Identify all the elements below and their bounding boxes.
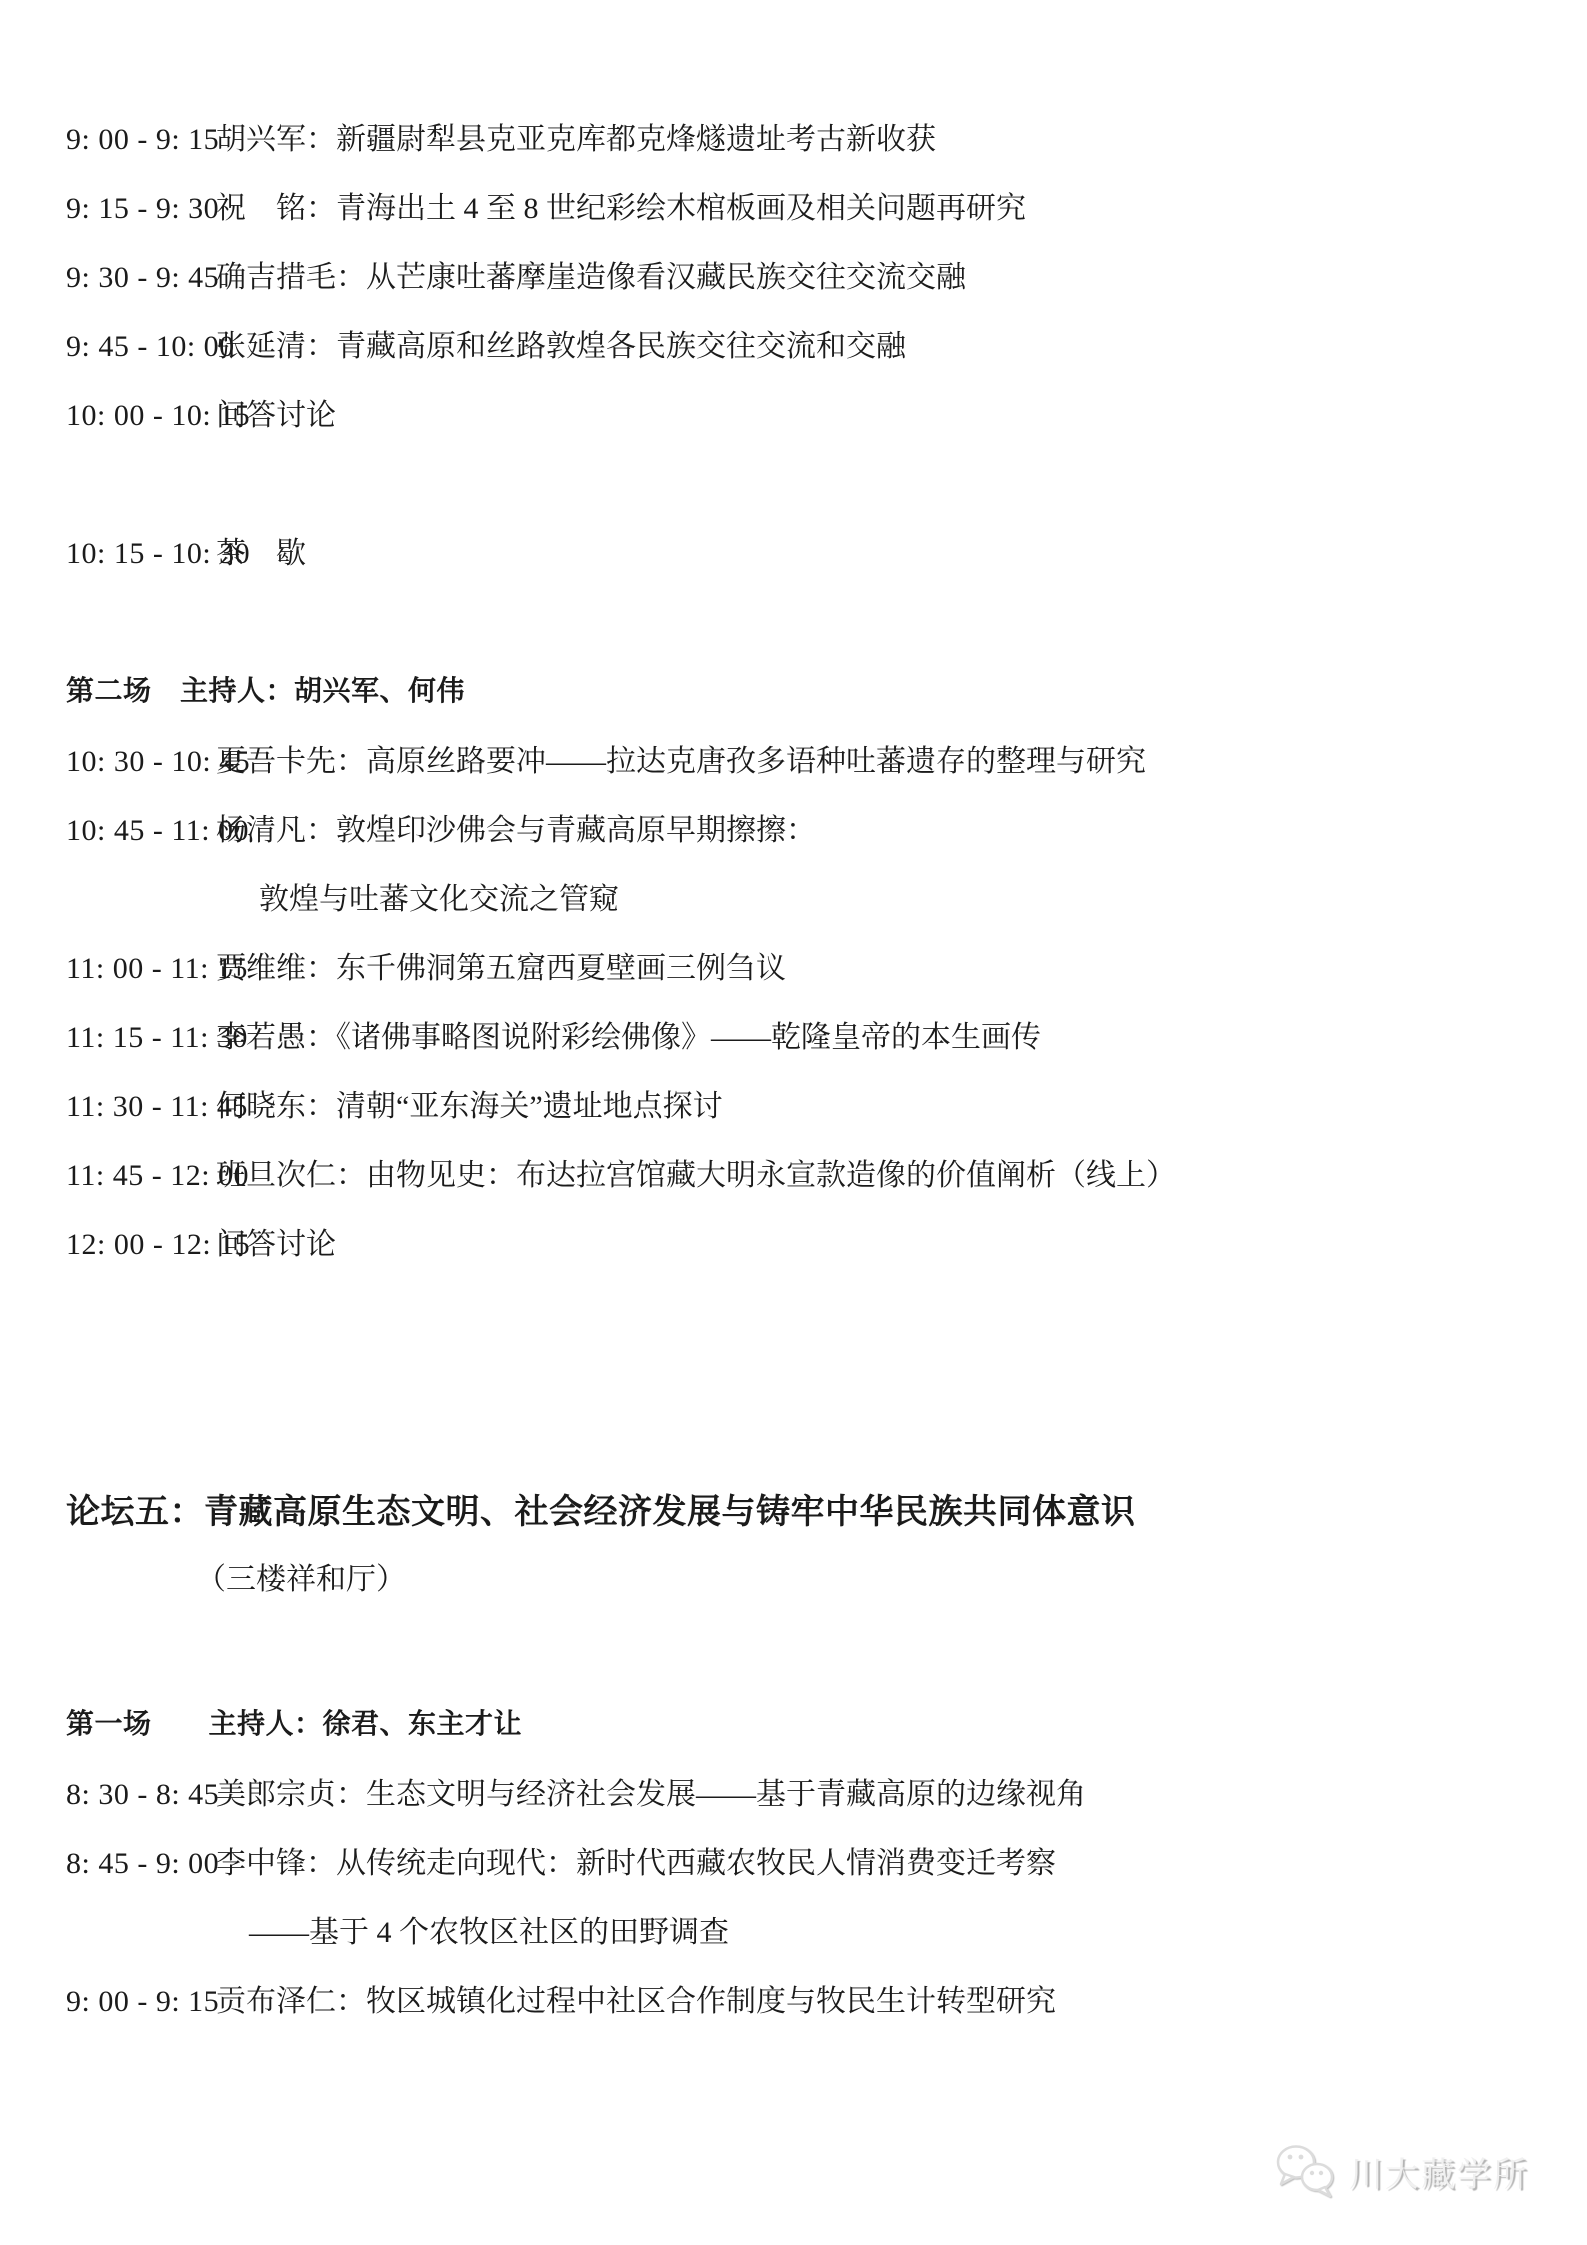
schedule-row: 11: 00 - 11: 15 贾维维：东千佛洞第五窟西夏壁画三例刍议: [66, 950, 1532, 987]
tea-break-label: 茶 歇: [216, 535, 1532, 572]
talk-title: 确吉措毛：从芒康吐蕃摩崖造像看汉藏民族交往交流交融: [216, 259, 1532, 296]
schedule-row: 11: 15 - 11: 30 李若愚：《诸佛事略图说附彩绘佛像》——乾隆皇帝的…: [66, 1019, 1532, 1056]
talk-title-continuation: 敦煌与吐蕃文化交流之管窥: [66, 881, 1532, 918]
talk-title: 贾维维：东千佛洞第五窟西夏壁画三例刍议: [216, 950, 1532, 987]
talk-title: 胡兴军：新疆尉犁县克亚克库都克烽燧遗址考古新收获: [216, 121, 1532, 158]
watermark-label: 川大藏学所: [1349, 2147, 1529, 2196]
time-slot: 10: 00 - 10: 15: [66, 397, 216, 434]
qa-label: 问答讨论: [216, 397, 1532, 434]
schedule-row: 11: 30 - 11: 45 何晓东：清朝“亚东海关”遗址地点探讨: [66, 1088, 1532, 1125]
schedule-row: 11: 45 - 12: 00 班旦次仁：由物见史：布达拉宫馆藏大明永宣款造像的…: [66, 1157, 1532, 1194]
time-slot: 8: 30 - 8: 45: [66, 1776, 216, 1813]
tea-break-row: 10: 15 - 10: 30 茶 歇: [66, 535, 1532, 572]
talk-title-continuation: ——基于 4 个农牧区社区的田野调查: [66, 1914, 1532, 1951]
talk-title: 李若愚：《诸佛事略图说附彩绘佛像》——乾隆皇帝的本生画传: [216, 1019, 1532, 1056]
session2-header: 第二场 主持人：胡兴军、何伟: [66, 673, 1532, 711]
talk-title-line2: 敦煌与吐蕃文化交流之管窥: [259, 881, 1532, 918]
time-slot: 8: 45 - 9: 00: [66, 1845, 216, 1882]
time-slot: 9: 00 - 9: 15: [66, 1983, 216, 2020]
schedule-row: 10: 45 - 11: 00 杨清凡：敦煌印沙佛会与青藏高原早期擦擦：: [66, 812, 1532, 849]
schedule-row: 9: 15 - 9: 30 祝 铭：青海出土 4 至 8 世纪彩绘木棺板画及相关…: [66, 190, 1532, 227]
talk-title: 李中锋：从传统走向现代：新时代西藏农牧民人情消费变迁考察: [216, 1845, 1532, 1882]
wechat-icon: [1273, 2143, 1339, 2199]
schedule-row: 8: 45 - 9: 00 李中锋：从传统走向现代：新时代西藏农牧民人情消费变迁…: [66, 1845, 1532, 1882]
conference-program-page: 9: 00 - 9: 15 胡兴军：新疆尉犁县克亚克库都克烽燧遗址考古新收获 9…: [0, 0, 1587, 2245]
talk-title: 夏吾卡先：高原丝路要冲——拉达克唐孜多语种吐蕃遗存的整理与研究: [216, 743, 1532, 780]
forum5-title: 论坛五：青藏高原生态文明、社会经济发展与铸牢中华民族共同体意识: [66, 1489, 1532, 1535]
talk-title: 祝 铭：青海出土 4 至 8 世纪彩绘木棺板画及相关问题再研究: [216, 190, 1532, 227]
schedule-row: 10: 30 - 10: 45 夏吾卡先：高原丝路要冲——拉达克唐孜多语种吐蕃遗…: [66, 743, 1532, 780]
qa-label: 问答讨论: [216, 1226, 1532, 1263]
talk-title: 何晓东：清朝“亚东海关”遗址地点探讨: [216, 1088, 1532, 1125]
talk-title: 美郎宗贞：生态文明与经济社会发展——基于青藏高原的边缘视角: [216, 1776, 1532, 1813]
forum5-venue: （三楼祥和厅）: [66, 1561, 1532, 1598]
schedule-row: 8: 30 - 8: 45 美郎宗贞：生态文明与经济社会发展——基于青藏高原的边…: [66, 1776, 1532, 1813]
schedule-row: 9: 30 - 9: 45 确吉措毛：从芒康吐蕃摩崖造像看汉藏民族交往交流交融: [66, 259, 1532, 296]
forum5-session1-header: 第一场 主持人：徐君、东主才让: [66, 1706, 1532, 1744]
time-slot: 9: 15 - 9: 30: [66, 190, 216, 227]
schedule-row: 9: 00 - 9: 15 贡布泽仁：牧区城镇化过程中社区合作制度与牧民生计转型…: [66, 1983, 1532, 2020]
watermark: 川大藏学所: [1273, 2143, 1529, 2199]
time-slot: 11: 00 - 11: 15: [66, 950, 216, 987]
talk-title: 杨清凡：敦煌印沙佛会与青藏高原早期擦擦：: [216, 812, 1532, 849]
talk-title: 张延清：青藏高原和丝路敦煌各民族交往交流和交融: [216, 328, 1532, 365]
time-slot: 9: 30 - 9: 45: [66, 259, 216, 296]
time-slot: 12: 00 - 12: 15: [66, 1226, 216, 1263]
talk-title-line2: ——基于 4 个农牧区社区的田野调查: [249, 1914, 1532, 1951]
time-slot: 11: 30 - 11: 45: [66, 1088, 216, 1125]
time-slot: 10: 45 - 11: 00: [66, 812, 216, 849]
schedule-row: 9: 45 - 10: 00 张延清：青藏高原和丝路敦煌各民族交往交流和交融: [66, 328, 1532, 365]
talk-title: 贡布泽仁：牧区城镇化过程中社区合作制度与牧民生计转型研究: [216, 1983, 1532, 2020]
time-slot: 10: 15 - 10: 30: [66, 535, 216, 572]
schedule-row-qa: 10: 00 - 10: 15 问答讨论: [66, 397, 1532, 434]
time-slot: 9: 45 - 10: 00: [66, 328, 216, 365]
time-slot: 9: 00 - 9: 15: [66, 121, 216, 158]
time-slot: 10: 30 - 10: 45: [66, 743, 216, 780]
time-slot: 11: 15 - 11: 30: [66, 1019, 216, 1056]
time-slot: 11: 45 - 12: 00: [66, 1157, 216, 1194]
schedule-row: 9: 00 - 9: 15 胡兴军：新疆尉犁县克亚克库都克烽燧遗址考古新收获: [66, 121, 1532, 158]
schedule-row-qa: 12: 00 - 12: 15 问答讨论: [66, 1226, 1532, 1263]
talk-title: 班旦次仁：由物见史：布达拉宫馆藏大明永宣款造像的价值阐析（线上）: [216, 1157, 1532, 1194]
program-content: 9: 00 - 9: 15 胡兴军：新疆尉犁县克亚克库都克烽燧遗址考古新收获 9…: [0, 0, 1587, 2020]
